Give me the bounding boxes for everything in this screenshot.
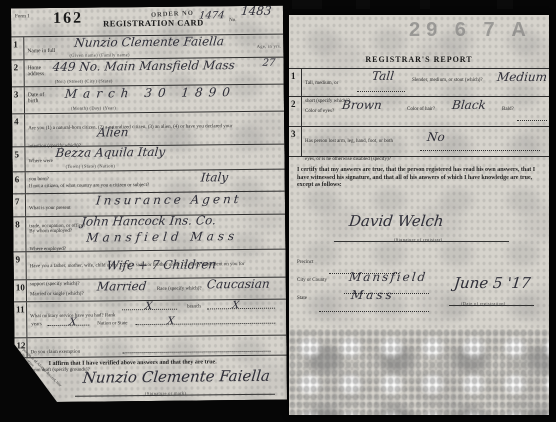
address-value: 449 No. Main Mansfield Mass xyxy=(52,60,235,73)
registrar-signature: David Welch xyxy=(348,216,444,227)
field-row-name: 1 Name in full Nunzio Clemente Faiella (… xyxy=(11,34,283,60)
signature-sublabel: (Signature or mark) xyxy=(145,391,186,396)
scan-artifact xyxy=(292,0,322,9)
registrar-signature-area: David Welch (Signature of registrar) xyxy=(289,190,549,250)
field-row-build: 1 Tall, medium, or short (specify which)… xyxy=(289,68,549,96)
state-value: Mass xyxy=(350,290,395,301)
bald-label: Bald? xyxy=(502,107,514,113)
row-number: 8 xyxy=(13,217,26,251)
row-number: 2 xyxy=(289,97,302,126)
scan-mottle-texture xyxy=(289,329,549,415)
build-value: Medium xyxy=(496,72,547,83)
row-number: 3 xyxy=(12,87,25,113)
height-label: Tall, medium, or xyxy=(305,81,338,86)
occupation-label: What is your present xyxy=(29,206,71,211)
city-label: City or County xyxy=(297,278,327,284)
registrar-signature-sublabel: (Signature of registrar) xyxy=(394,237,442,242)
build-label: Slender, medium, or stout (which)? xyxy=(412,78,483,84)
registration-place-area: Precinct City or County Mansfield State … xyxy=(289,250,549,330)
military-branch-label: branch xyxy=(187,304,201,310)
military-years-label: years xyxy=(31,322,42,328)
registration-date-sublabel: (Date of registration) xyxy=(461,301,506,306)
citizen-of-value: Italy xyxy=(200,172,228,183)
scan-artifact xyxy=(356,0,370,9)
order-number-handwritten: 1474 xyxy=(199,10,225,21)
row-number: 6 xyxy=(13,172,26,193)
disability-label-2: eyes, or is he otherwise disabled (speci… xyxy=(305,157,391,162)
row-number: 1 xyxy=(11,37,24,59)
stamp-number: 162 xyxy=(53,10,83,28)
disability-value: No xyxy=(426,132,445,143)
field-row-birthdate: 3 Date of birth March 30 1890 (Month) (D… xyxy=(12,84,284,114)
row-number: 2 xyxy=(11,60,24,86)
address-sublabels: (No.) (Street) (City) (State) xyxy=(55,78,113,84)
registration-card: Form 1 162 REGISTRATION CARD ORDER NO 14… xyxy=(11,6,287,403)
registrars-report-card: 29 6 7 A REGISTRAR'S REPORT 1 Tall, medi… xyxy=(289,15,549,415)
registration-card-header: Form 1 162 REGISTRATION CARD ORDER NO 14… xyxy=(11,6,283,37)
hair-value: Black xyxy=(451,100,486,111)
field-row-occupation: 7 What is your present trade, occupation… xyxy=(13,191,285,217)
state-label: State xyxy=(297,296,307,302)
field-row-exemption: 12 Do you claim exemption from draft (sp… xyxy=(14,335,286,358)
row-number: 7 xyxy=(13,194,26,216)
married-label: Married or single (which)? xyxy=(30,286,84,299)
precinct-label: Precinct xyxy=(297,260,313,266)
employer-label: By whom employed? xyxy=(29,229,72,234)
scan-artifact xyxy=(420,0,430,9)
field-row-dependents: 9 Have you a father, mother, wife, child… xyxy=(13,249,285,280)
citizenship-value: Alien xyxy=(97,127,129,138)
height-value: Tall xyxy=(371,71,394,82)
registration-date-value: June 5 '17 xyxy=(453,278,531,289)
birthplace-value: Bezza Aquila Italy xyxy=(55,147,166,159)
citizenship-label: Are you (1) a natural-born citizen, (2) … xyxy=(28,124,232,131)
address-label: Home address xyxy=(28,65,52,78)
field-row-eyes-hair: 2 Color of eyes? Brown Color of hair? Bl… xyxy=(289,96,549,126)
married-value: Married xyxy=(96,281,147,293)
registrant-signature: Nunzio Clemente Faiella xyxy=(82,371,270,384)
row-number: 1 xyxy=(289,69,302,96)
field-row-citizen-of: 6 If not a citizen, of what country are … xyxy=(13,169,285,194)
eyes-value: Brown xyxy=(341,100,382,111)
row-number: 4 xyxy=(12,114,25,146)
row-number: 9 xyxy=(13,252,26,279)
birthdate-sublabels: (Month) (Day) (Year) xyxy=(71,105,116,110)
birthdate-value: March 30 1890 xyxy=(64,87,236,100)
exemption-label: Do you claim exemption xyxy=(31,350,81,356)
hair-label: Color of hair? xyxy=(407,107,435,113)
row-number: 11 xyxy=(14,302,27,337)
eyes-label: Color of eyes? xyxy=(305,101,334,115)
field-row-citizenship: 4 Are you (1) a natural-born citizen, (2… xyxy=(12,111,284,147)
serial-number-handwritten: 1483 xyxy=(240,6,272,17)
birthdate-label: Date of birth xyxy=(28,91,56,104)
name-sublabels: (Given name) (Family name) xyxy=(69,52,129,58)
occupation-value: Insurance Agent xyxy=(95,194,242,207)
citizen-of-label: If not a citizen, of what country are yo… xyxy=(29,177,179,191)
field-row-disability: 3 Has person lost arm, leg, hand, foot, … xyxy=(289,126,549,156)
scan-artifact xyxy=(497,0,513,9)
name-value: Nunzio Clemente Faiella xyxy=(74,36,225,49)
stamp-code: 29 6 7 A xyxy=(409,19,532,42)
employed-where-value: Mansfield Mass xyxy=(86,231,239,244)
row-number: 10 xyxy=(14,280,27,301)
field-row-address: 2 Home address 449 No. Main Mansfield Ma… xyxy=(11,57,283,87)
military-nation-label: Nation or State xyxy=(97,321,127,327)
field-row-birthplace: 5 Where were you born? Bezza Aquila Ital… xyxy=(12,144,284,172)
name-label: Name in full xyxy=(27,48,55,54)
card-title: REGISTRATION CARD xyxy=(103,17,204,28)
race-value: Caucasian xyxy=(206,279,270,291)
city-value: Mansfield xyxy=(348,272,427,283)
field-row-employer: 8 By whom employed? John Hancock Ins. Co… xyxy=(13,214,285,252)
no-label: No. xyxy=(229,18,236,23)
form-number-label: Form 1 xyxy=(15,14,30,19)
dependents-value: Wife + 7 Children xyxy=(106,259,217,271)
birthplace-label: Where were xyxy=(29,159,53,164)
field-row-married-race: 10 Married or single (which)? Married Ra… xyxy=(14,277,286,302)
row-number: 5 xyxy=(12,147,25,171)
employer-value: John Hancock Ins. Co. xyxy=(81,215,217,227)
row-number: 3 xyxy=(289,127,302,156)
age-label: Age, in yrs. xyxy=(257,44,282,49)
field-row-military: 11 What military service have you had? R… xyxy=(14,299,286,338)
race-label: Race (specify which)? xyxy=(157,286,202,292)
birthplace-sublabels: (Town) (State) (Nation) xyxy=(66,163,116,169)
disability-label: Has person lost arm, leg, hand, foot, or… xyxy=(305,139,393,144)
